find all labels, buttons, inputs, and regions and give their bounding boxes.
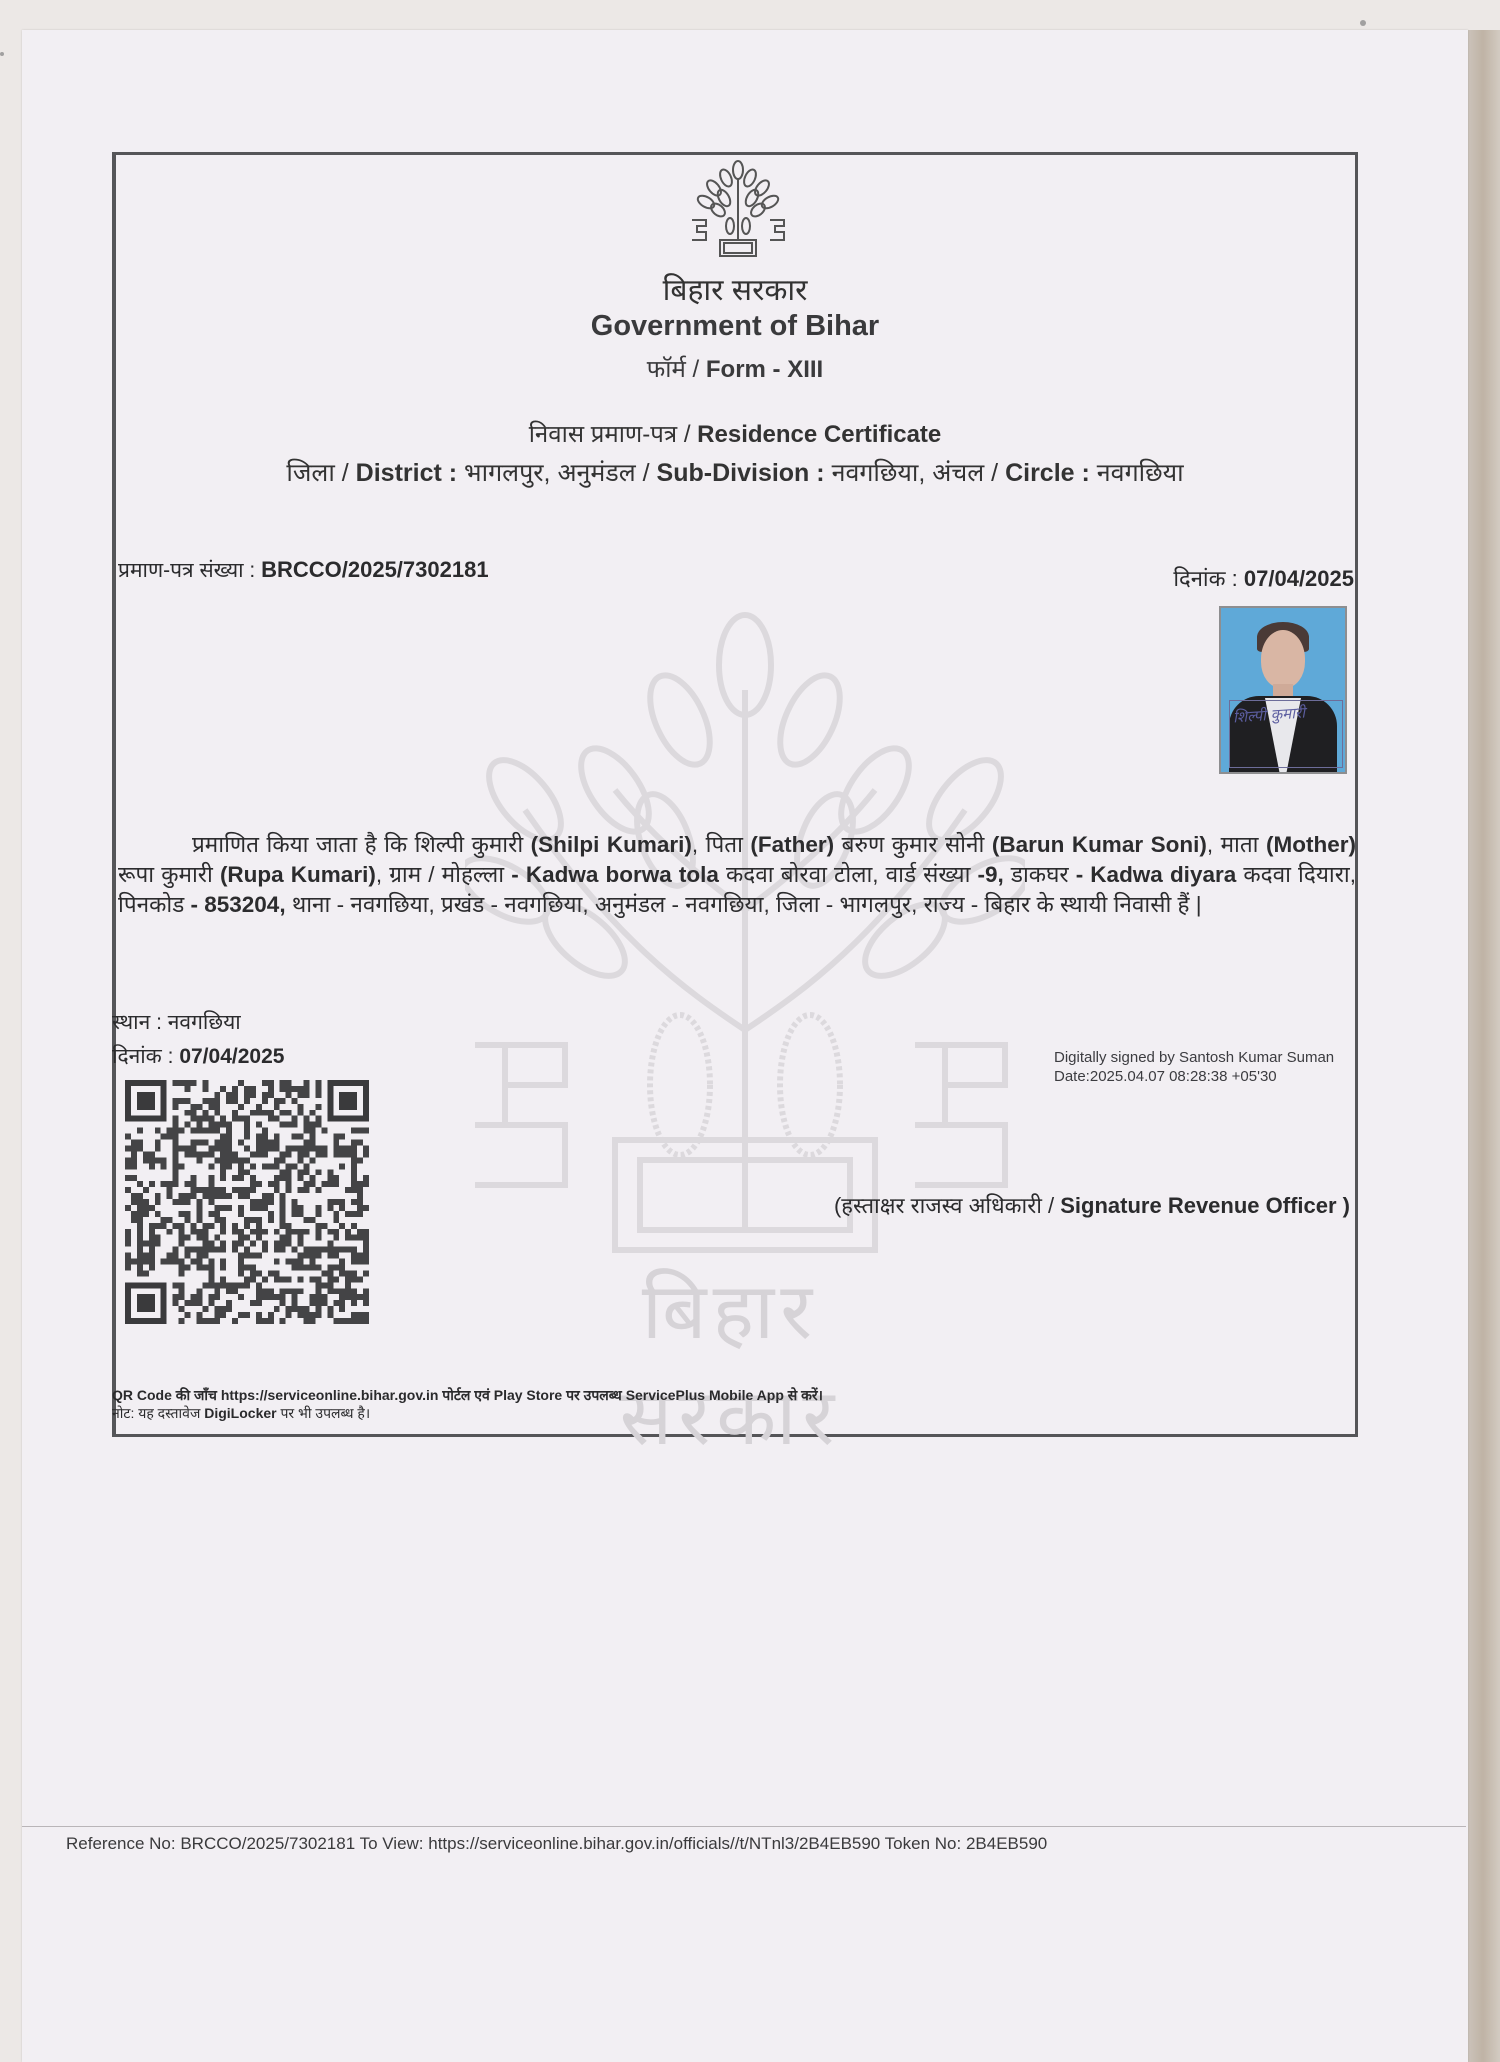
qr-code-icon[interactable] [122,1080,372,1324]
place-date-label: दिनांक : [112,1045,173,1068]
qr-verification-note: QR Code की जाँच https://serviceonline.bi… [112,1386,823,1422]
statement-text: थाना - नवगछिया, प्रखंड - नवगछिया, अनुमंड… [286,892,1202,917]
digilocker-note: पर भी उपलब्ध है। [277,1405,371,1421]
reference-footer: Reference No: BRCCO/2025/7302181 To View… [66,1834,1047,1854]
place-date-value: 07/04/2025 [179,1045,284,1068]
certificate-title: निवास प्रमाण-पत्र / Residence Certificat… [112,417,1358,450]
statement-text: प्रमाणित किया जाता है कि शिल्पी कुमारी [192,832,531,857]
digilocker-note: नोट: यह दस्तावेज [112,1405,204,1421]
certificate-number-value: BRCCO/2025/7302181 [261,557,488,582]
father-name: (Barun Kumar Soni) [992,832,1207,857]
issue-date-value: 07/04/2025 [1244,566,1354,591]
mother-name: (Rupa Kumari) [220,862,376,887]
jurisdiction-line: जिला / District : भागलपुर, अनुमंडल / Sub… [112,455,1358,489]
issue-date: दिनांक : 07/04/2025 [1173,563,1354,593]
subdivision-label-hindi: अनुमंडल [557,459,635,487]
statement-text: , माता [1207,832,1266,857]
post-office: - Kadwa diyara [1076,862,1237,887]
form-label-english: Form - XIII [706,356,823,383]
qr-note-text: ServicePlus Mobile App [626,1387,784,1403]
pincode: - 853204, [191,892,286,917]
scan-speck [0,52,4,56]
certificate-statement: प्रमाणित किया जाता है कि शिल्पी कुमारी (… [118,830,1356,920]
circle-label: Circle : [1005,459,1090,487]
statement-text: रूपा कुमारी [118,862,220,887]
ward-number: -9, [978,862,1004,887]
place-date: दिनांक : 07/04/2025 [112,1042,284,1070]
circle-value: नवगछिया [1097,459,1184,487]
village: - Kadwa borwa tola [511,862,719,887]
subdivision-label: Sub-Division : [657,459,825,487]
qr-note-text: पर उपलब्ध [562,1387,625,1403]
district-value: भागलपुर, [464,459,550,487]
scan-speck [1360,20,1366,26]
qr-note-text: से करें। [784,1387,823,1403]
mother-label: (Mother) [1266,832,1356,857]
applicant-photo: शिल्पी कुमारी [1219,606,1347,774]
verification-link[interactable]: https://serviceonline.bihar.gov.in [221,1387,439,1403]
certificate-number: प्रमाण-पत्र संख्या : BRCCO/2025/7302181 [118,556,489,584]
certificate-title-english: Residence Certificate [697,421,941,448]
statement-text: , ग्राम / मोहल्ला [376,862,511,887]
footer-divider [22,1826,1466,1827]
place: स्थान : नवगछिया [112,1008,241,1036]
scan-edge [1466,30,1500,2062]
issue-date-label: दिनांक : [1173,566,1237,591]
digital-signature-date: Date:2025.04.07 08:28:38 +05'30 [1054,1067,1334,1086]
father-label: (Father) [750,832,834,857]
district-label-hindi: जिला [286,459,334,487]
place-label: स्थान : [112,1011,162,1034]
qr-note-text: पोर्टल एवं [438,1387,493,1403]
signature-label-english: Signature Revenue Officer ) [1060,1193,1350,1218]
form-number: फॉर्म / Form - XIII [112,352,1358,385]
qr-note-text: Play Store [494,1387,562,1403]
circle-label-hindi: अंचल [932,459,984,487]
govt-title-hindi: बिहार सरकार [112,268,1358,309]
digital-signature: Digitally signed by Santosh Kumar Suman … [1054,1048,1334,1086]
form-label-hindi: फॉर्म [647,356,686,383]
subdivision-value: नवगछिया, [832,459,926,487]
watermark-text: बिहार सरकार [520,1255,940,1467]
statement-text: डाकघर [1004,862,1076,887]
digilocker-note: DigiLocker [204,1405,276,1421]
signature-label: (हस्ताक्षर राजस्व अधिकारी / Signature Re… [834,1190,1350,1220]
watermark-emblem-icon [465,610,1025,1360]
digital-signature-signer: Digitally signed by Santosh Kumar Suman [1054,1048,1334,1067]
govt-title-english: Government of Bihar [112,310,1358,343]
qr-note-text: QR Code की जाँच [112,1387,221,1403]
place-value: नवगछिया [168,1011,241,1034]
statement-text: कदवा बोरवा टोला, वार्ड संख्या [719,862,978,887]
photo-signature: शिल्पी कुमारी [1232,700,1306,731]
certificate-title-hindi: निवास प्रमाण-पत्र [529,421,677,448]
certificate-number-label: प्रमाण-पत्र संख्या : [118,559,255,582]
signature-label-hindi: (हस्ताक्षर राजस्व अधिकारी / [834,1193,1054,1218]
applicant-name: (Shilpi Kumari) [531,832,692,857]
statement-text: , पिता [692,832,751,857]
bihar-emblem-icon [688,160,788,258]
district-label: District : [356,459,457,487]
statement-text: बरुण कुमार सोनी [834,832,992,857]
